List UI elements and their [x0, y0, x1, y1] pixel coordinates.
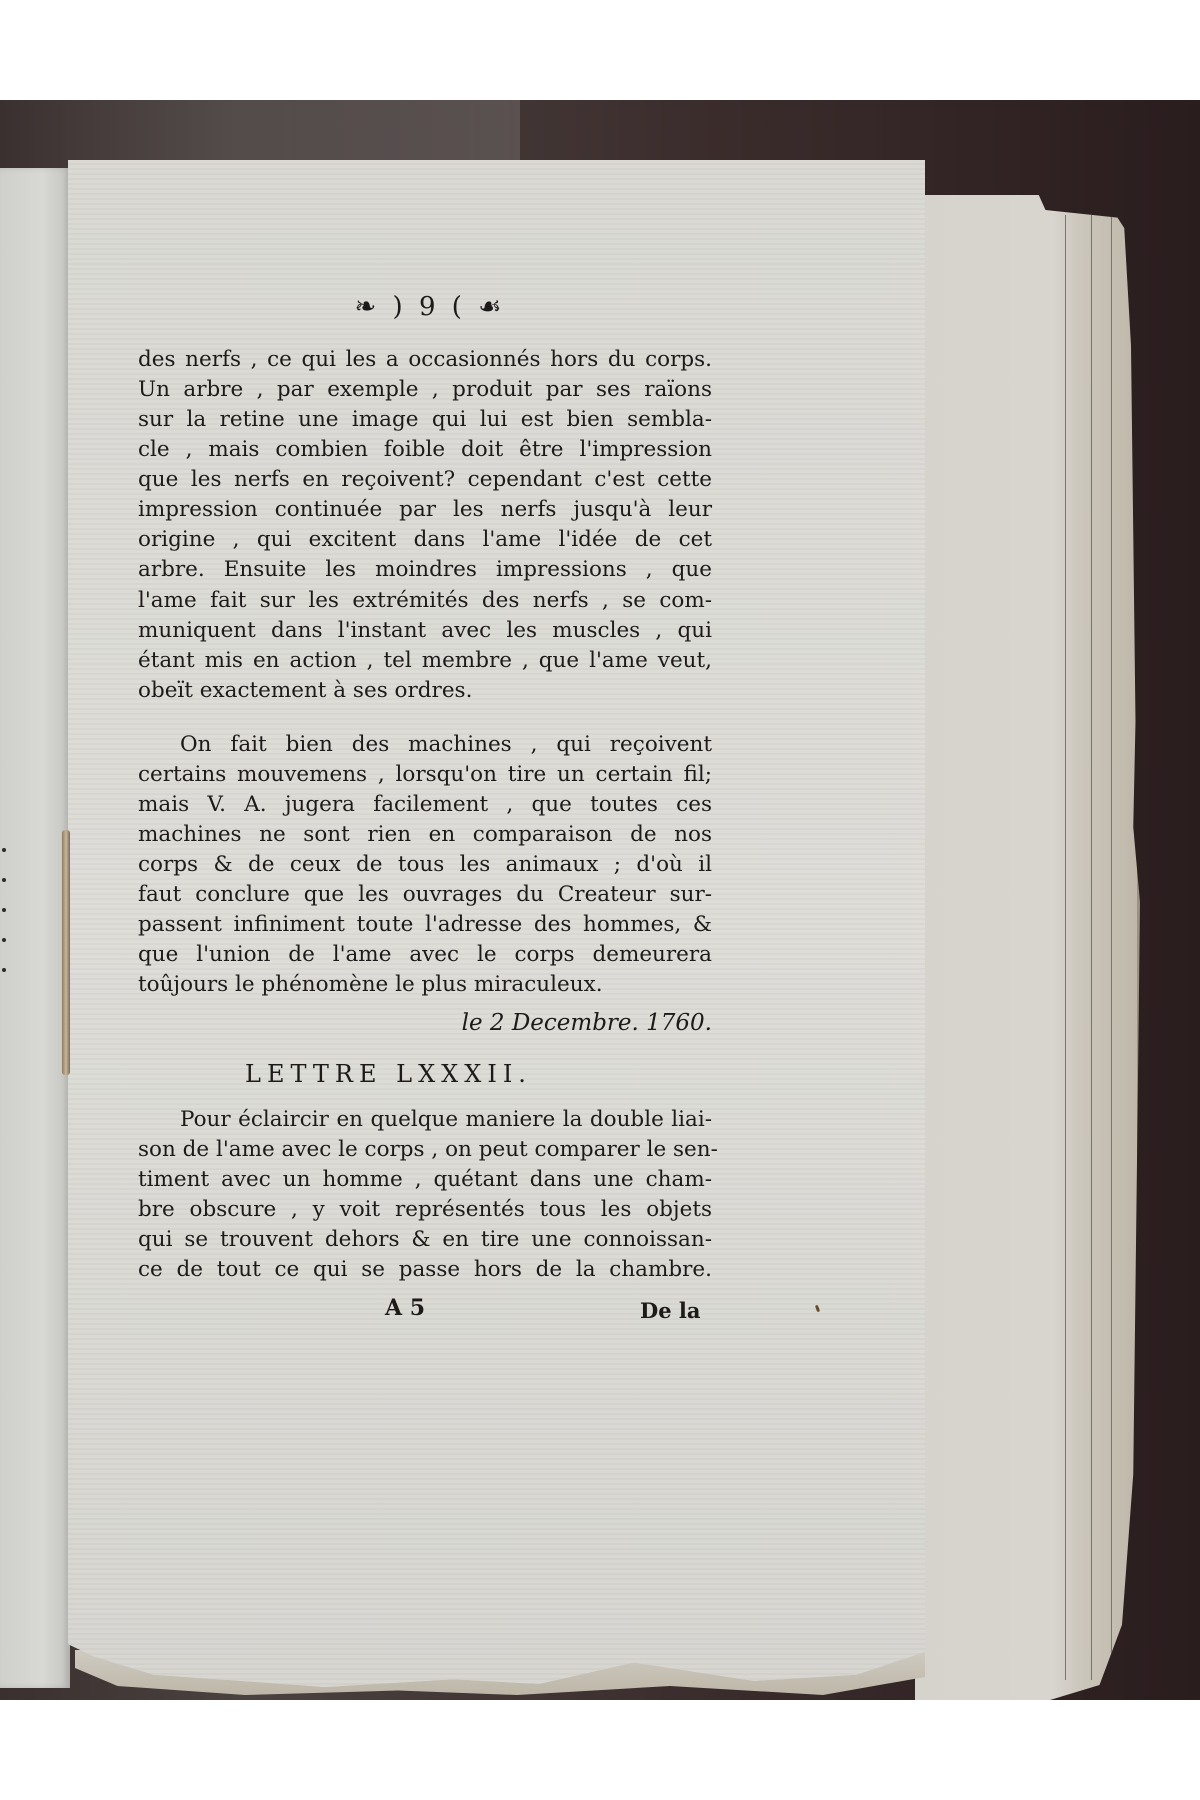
text-line: des nerfs , ce qui les a occasionnés hor…: [138, 345, 712, 375]
text-line: que les nerfs en reçoivent? cependant c'…: [138, 465, 712, 495]
text-line: son de l'ame avec le corps , on peut com…: [138, 1135, 712, 1165]
text-line: étant mis en action , tel membre , que l…: [138, 646, 712, 676]
signature-mark: A 5: [385, 1295, 425, 1321]
text-line: On fait bien des machines , qui reçoiven…: [138, 730, 712, 760]
text-line: obeït exactement à ses ordres.: [138, 676, 712, 706]
page-block-edges: [915, 195, 1140, 1700]
page-edge-line: [1091, 215, 1092, 1680]
facing-page-text-fragment: [2, 908, 6, 912]
text-line: Pour éclaircir en quelque maniere la dou…: [138, 1105, 712, 1135]
text-line: corps & de ceux de tous les animaux ; d'…: [138, 850, 712, 880]
text-line: Un arbre , par exemple , produit par ses…: [138, 375, 712, 405]
text-line: certains mouvemens , lorsqu'on tire un c…: [138, 760, 712, 790]
page-edge-line: [1065, 215, 1066, 1680]
text-line: impression continuée par les nerfs jusqu…: [138, 495, 712, 525]
text-line: toûjours le phénomène le plus miraculeux…: [138, 970, 712, 1000]
facing-page-text-fragment: [2, 848, 6, 852]
text-line: timent avec un homme , quétant dans une …: [138, 1165, 712, 1195]
facing-page-left: [0, 168, 70, 1688]
text-line: l'ame fait sur les extrémités des nerfs …: [138, 586, 712, 616]
text-line: sur la retine une image qui lui est bien…: [138, 405, 712, 435]
text-line: ce de tout ce qui se passe hors de la ch…: [138, 1255, 712, 1285]
text-line: mais V. A. jugera facilement , que toute…: [138, 790, 712, 820]
letter-heading: LETTRE LXXXII.: [245, 1060, 532, 1088]
text-line: origine , qui excitent dans l'ame l'idée…: [138, 525, 712, 555]
page-edge-line: [1111, 215, 1112, 1680]
facing-page-text-fragment: [2, 968, 6, 972]
text-line: cle , mais combien foible doit être l'im…: [138, 435, 712, 465]
text-line: qui se trouvent dehors & en tire une con…: [138, 1225, 712, 1255]
page-header: ❧ ) 9 ( ☙: [340, 292, 520, 322]
text-line: que l'union de l'ame avec le corps demeu…: [138, 940, 712, 970]
facing-page-text-fragment: [2, 938, 6, 942]
binding-thread: [62, 830, 70, 1075]
text-line: arbre. Ensuite les moindres impressions …: [138, 555, 712, 585]
text-line: faut conclure que les ouvrages du Create…: [138, 880, 712, 910]
catchword: De la: [640, 1298, 700, 1323]
text-line: muniquent dans l'instant avec les muscle…: [138, 616, 712, 646]
facing-page-text-fragment: [2, 878, 6, 882]
dateline: le 2 Decembre. 1760.: [420, 1010, 712, 1036]
text-line: passent infiniment toute l'adresse des h…: [138, 910, 712, 940]
text-line: machines ne sont rien en comparaison de …: [138, 820, 712, 850]
text-line: bre obscure , y voit représentés tous le…: [138, 1195, 712, 1225]
